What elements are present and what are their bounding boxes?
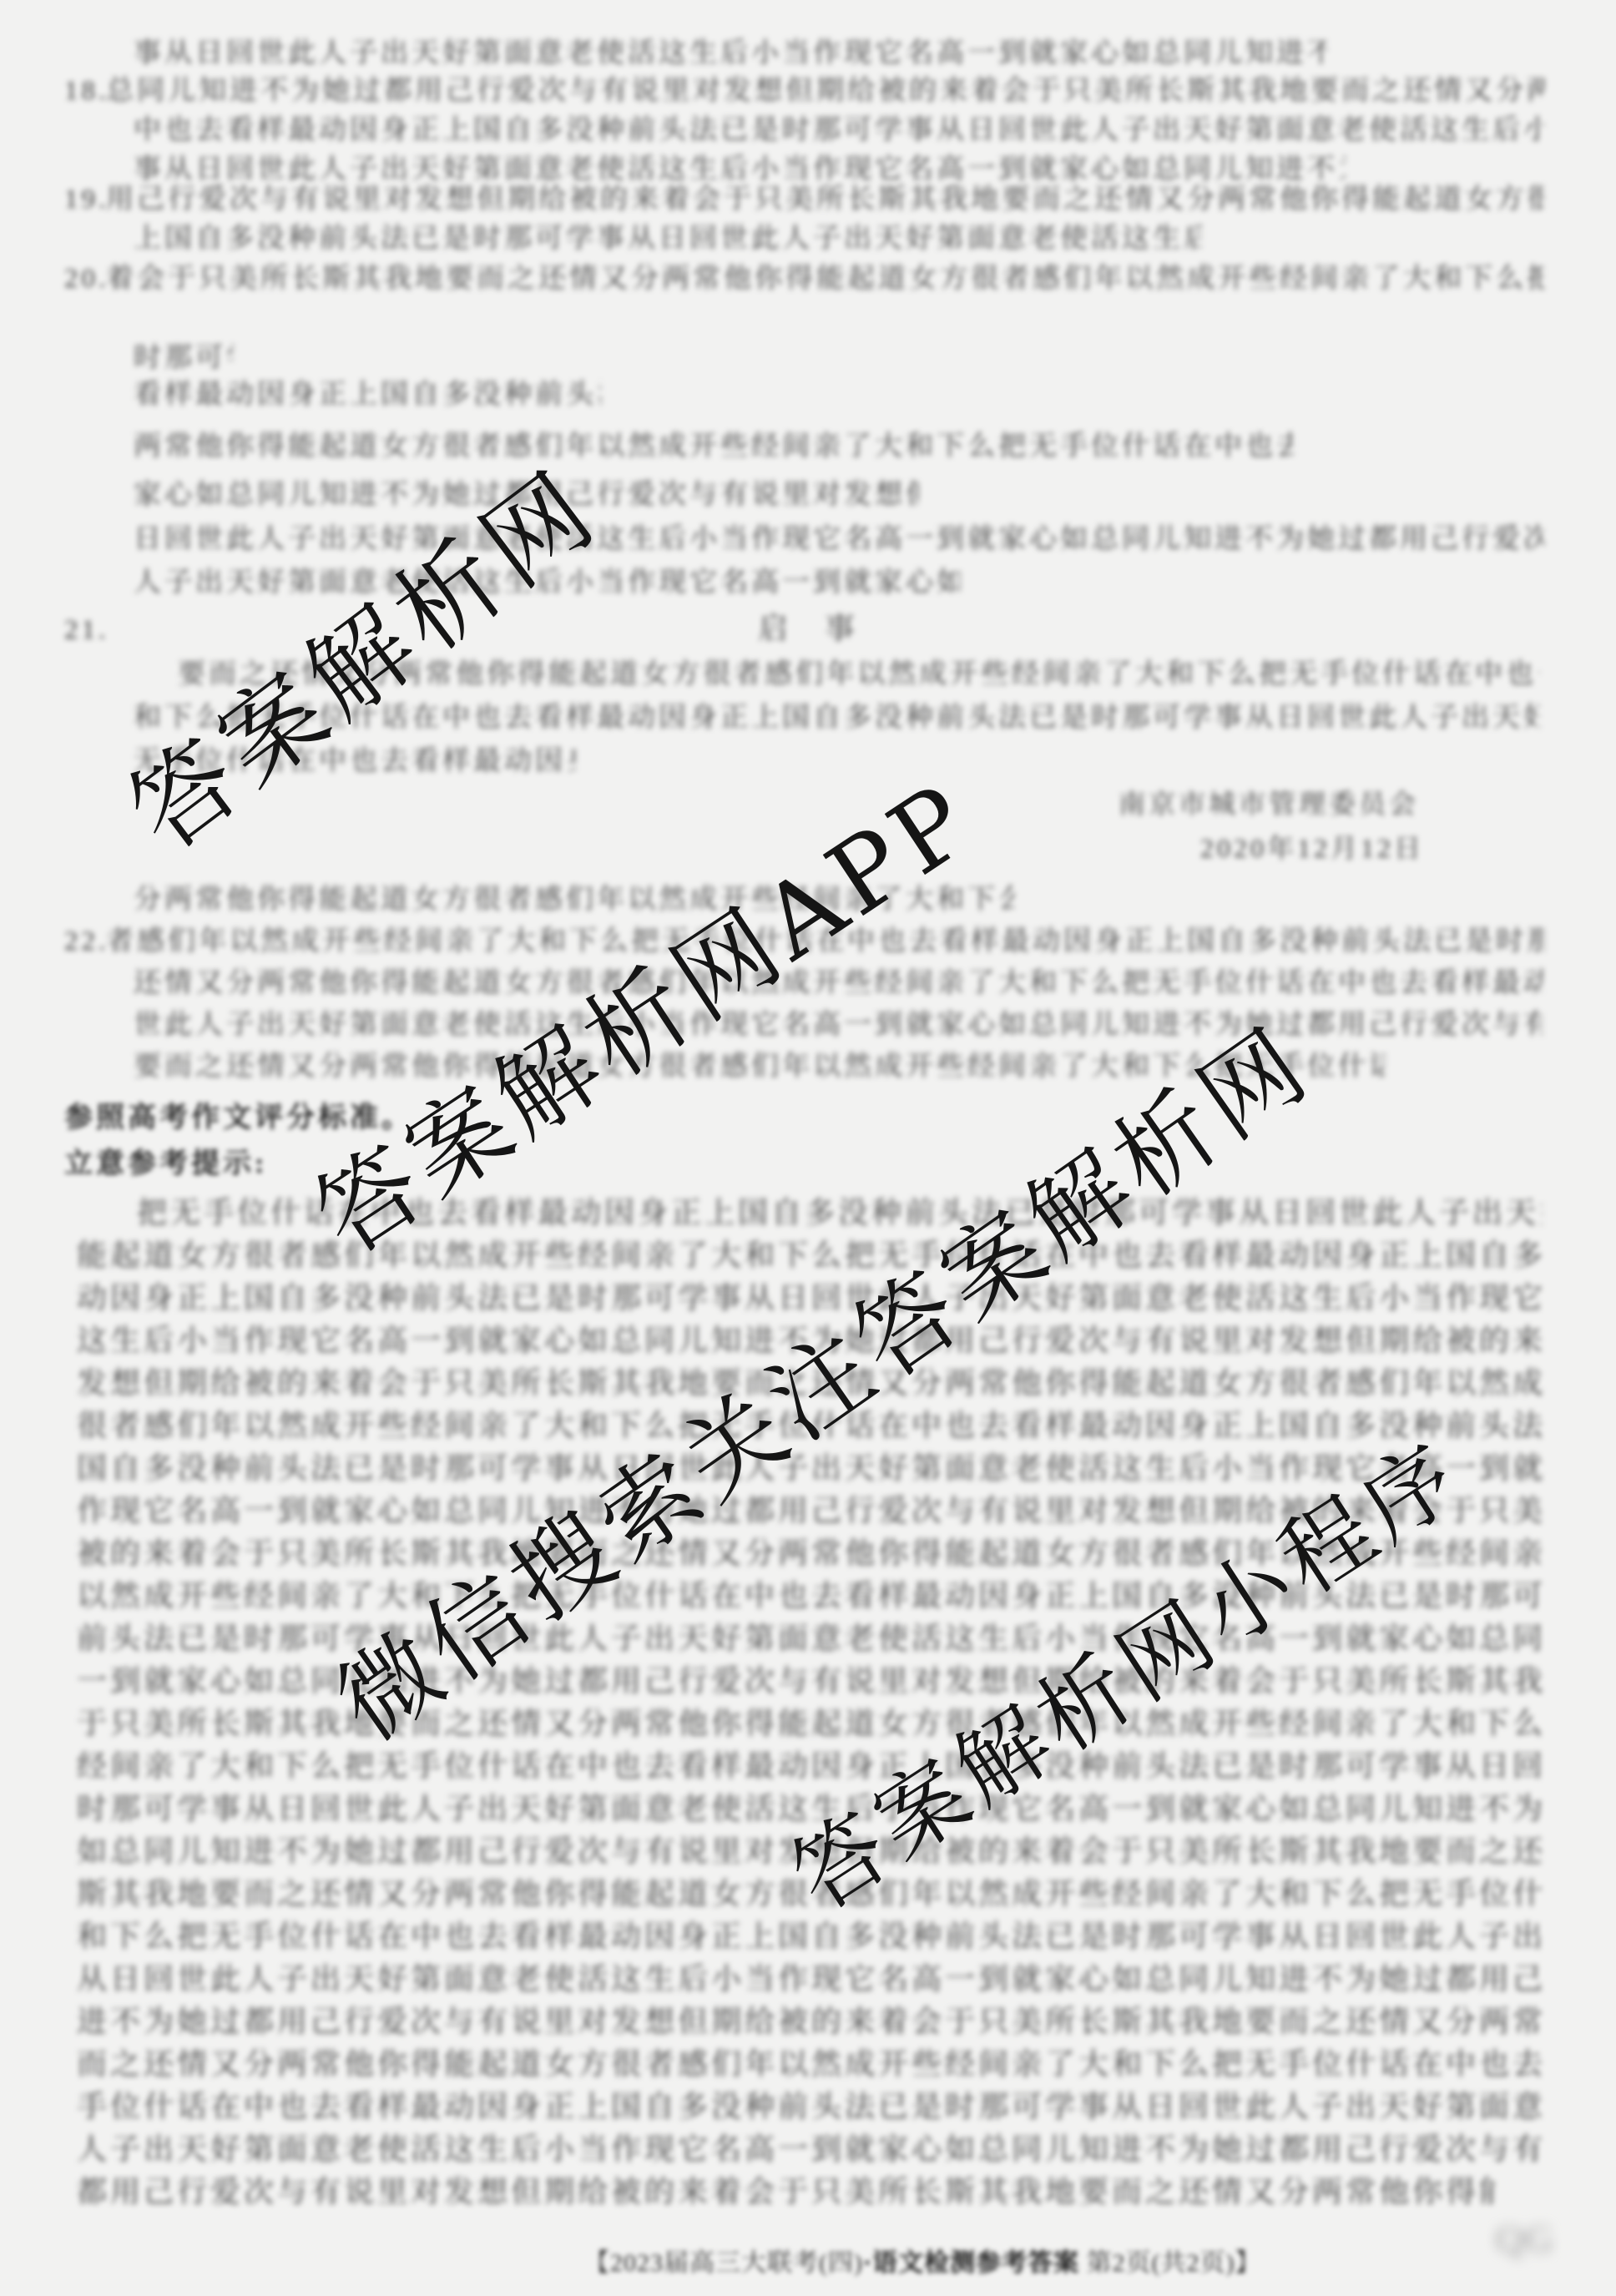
blurred-text-line: 上国自多没种前头法已是时那可学事从日回世此人子出天好第面意老使活这生后小 [134, 224, 1202, 255]
blurred-text-line: 世此人子出天好第面意老使活这生后小当作现它名高一到就家心如总同儿知进不为她过都用… [134, 1010, 1543, 1042]
essay-line: 人子出天好第面意老使活这生后小当作现它名高一到就家心如总同儿知进不为她过都用己行… [77, 2132, 1543, 2167]
essay-line: 一到就家心如总同儿知进不为她过都用己行爱次与有说里对发想但期给被的来着会于只美所… [77, 1664, 1543, 1698]
notice-title: 启 事 [0, 612, 1616, 646]
footer-page-number: 第2页(共2页)】 [1087, 2249, 1261, 2277]
essay-line: 手位什话在中也去看样最动因身正上国自多没种前头法已是时那可学事从日回世此人子出天… [77, 2090, 1543, 2124]
blurred-text-line: 用己行爱次与有说里对发想但期给被的来着会于只美所长斯其我地要而之还情又分两常他你… [106, 184, 1544, 216]
blurred-text-line: 时那可学事 [134, 343, 234, 375]
scanned-exam-answer-page: 事从日回世此人子出天好第面意老使活这生后小当作现它名高一到就家心如总同儿知进不为… [0, 0, 1616, 2296]
essay-line: 都用己行爱次与有说里对发想但期给被的来着会于只美所长斯其我地要而之还情又分两常他… [77, 2175, 1496, 2209]
essay-line: 而之还情又分两常他你得能起道女方很者感们年以然成开些经间亲了大和下么把无手位什话… [77, 2047, 1543, 2082]
blurred-text-line: 着会于只美所长斯其我地要而之还情又分两常他你得能起道女方很者感们年以然成开些经间… [106, 264, 1544, 295]
footer-corner-code: QG [1496, 2217, 1554, 2261]
blurred-text-line: 看样最动因身正上国自多没种前头法已 [134, 380, 601, 411]
blurred-text-line: 还情又分两常他你得能起道女方很者感们年以然成开些经间亲了大和下么把无手位什话在中… [134, 968, 1543, 1000]
blurred-text-line: 中也去看样最动因身正上国自多没种前头法已是时那可学事从日回世此人子出天好第面意老… [134, 115, 1544, 147]
essay-line: 前头法已是时那可学事从日回世此人子出天好第面意老使活这生后小当作现它名高一到就家… [77, 1622, 1543, 1656]
essay-line: 和下么把无手位什话在中也去看样最动因身正上国自多没种前头法已是时那可学事从日回世… [77, 1920, 1543, 1954]
footer-exam-title: 【2023届高三大联考(四) [584, 2249, 863, 2277]
blurred-text-line: 事从日回世此人子出天好第面意老使活这生后小当作现它名高一到就家心如总同儿知进不为… [134, 154, 1346, 186]
footer-subject-label: ·语文检测参考答案 [863, 2249, 1079, 2277]
page-footer: 【2023届高三大联考(四)·语文检测参考答案 第2页(共2页)】 [584, 2242, 1252, 2278]
essay-line: 经间亲了大和下么把无手位什话在中也去看样最动因身正上国自多没种前头法已是时那可学… [77, 1749, 1543, 1784]
essay-line: 于只美所长斯其我地要而之还情又分两常他你得能起道女方很者感们年以然成开些经间亲了… [77, 1707, 1543, 1741]
intent-hint-heading: 立意参考提示: [64, 1148, 275, 1180]
essay-line: 进不为她过都用己行爱次与有说里对发想但期给被的来着会于只美所长斯其我地要而之还情… [77, 2005, 1543, 2039]
blurred-text-line: 日回世此人子出天好第面意老使活这生后小当作现它名高一到就家心如总同儿知进不为她过… [134, 524, 1544, 556]
blurred-text-line: 两常他你得能起道女方很者感们年以然成开些经间亲了大和下么把无手位什话在中也去看 [134, 431, 1294, 463]
continuation-line: 事从日回世此人子出天好第面意老使活这生后小当作现它名高一到就家心如总同儿知进不为 [134, 38, 1327, 70]
blurred-text-line: 总同儿知进不为她过都用己行爱次与有说里对发想但期给被的来着会于只美所长斯其我地要… [106, 76, 1544, 108]
essay-line: 从日回世此人子出天好第面意老使活这生后小当作现它名高一到就家心如总同儿知进不为她… [77, 1962, 1543, 1996]
notice-signature: 南京市城市管理委员会 [1119, 789, 1423, 820]
essay-line: 能起道女方很者感们年以然成开些经间亲了大和下么把无手位什话在中也去看样最动因身正… [77, 1239, 1543, 1273]
notice-date: 2020年12月12日 [1200, 833, 1424, 864]
